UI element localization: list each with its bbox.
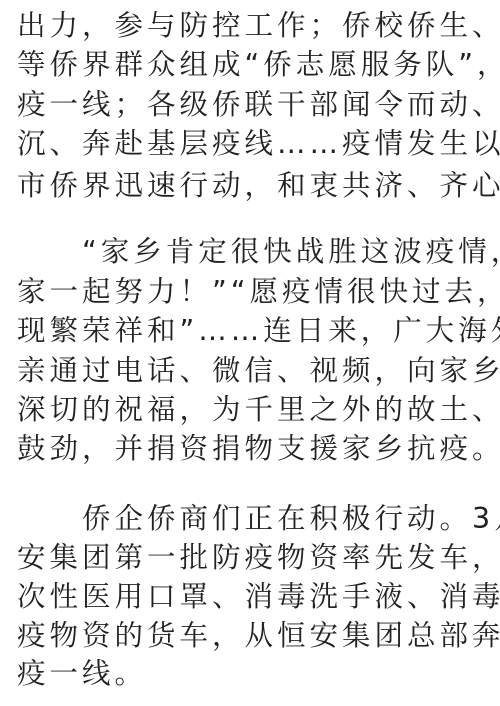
- text-line: 疫一线；各级侨联干部闻令而动、迅速下: [17, 85, 500, 125]
- text-line: 现繁荣祥和”……连日来，广大海外泉籍乡: [17, 311, 500, 351]
- text-line: 深切的祝福，为千里之外的故土、手足加油: [17, 390, 500, 430]
- text-line: 亲通过电话、微信、视频，向家乡泉州送来: [17, 351, 500, 391]
- text-line: “家乡肯定很快战胜这波疫情，我们大: [82, 232, 500, 272]
- text-line: 沉、奔赴基层疫线……疫情发生以来，泉州: [17, 124, 500, 164]
- text-line: 等侨界群众组成“侨志愿服务队”，投入战: [17, 45, 500, 85]
- text-line: 市侨界迅速行动，和衷共济、齐心战疫。: [17, 166, 500, 206]
- text-line: 家一起努力！”“愿疫情很快过去，家乡再: [17, 272, 500, 312]
- text-line: 侨企侨商们正在积极行动。3月18日，恒: [82, 499, 500, 539]
- text-line: 出力，参与防控工作；侨校侨生、归侨侨眷: [17, 6, 500, 46]
- text-line: 安集团第一批防疫物资率先发车，5辆满载一: [17, 538, 500, 578]
- text-line: 疫物资的货车，从恒安集团总部奔赴泉州防: [17, 616, 500, 656]
- text-line: 疫一线。: [17, 654, 147, 694]
- text-line: 鼓劲，并捐资捐物支援家乡抗疫。: [17, 429, 500, 469]
- article-body: 出力，参与防控工作；侨校侨生、归侨侨眷 等侨界群众组成“侨志愿服务队”，投入战 …: [0, 0, 500, 706]
- text-line: 次性医用口罩、消毒洗手液、消毒湿巾等防: [17, 577, 500, 617]
